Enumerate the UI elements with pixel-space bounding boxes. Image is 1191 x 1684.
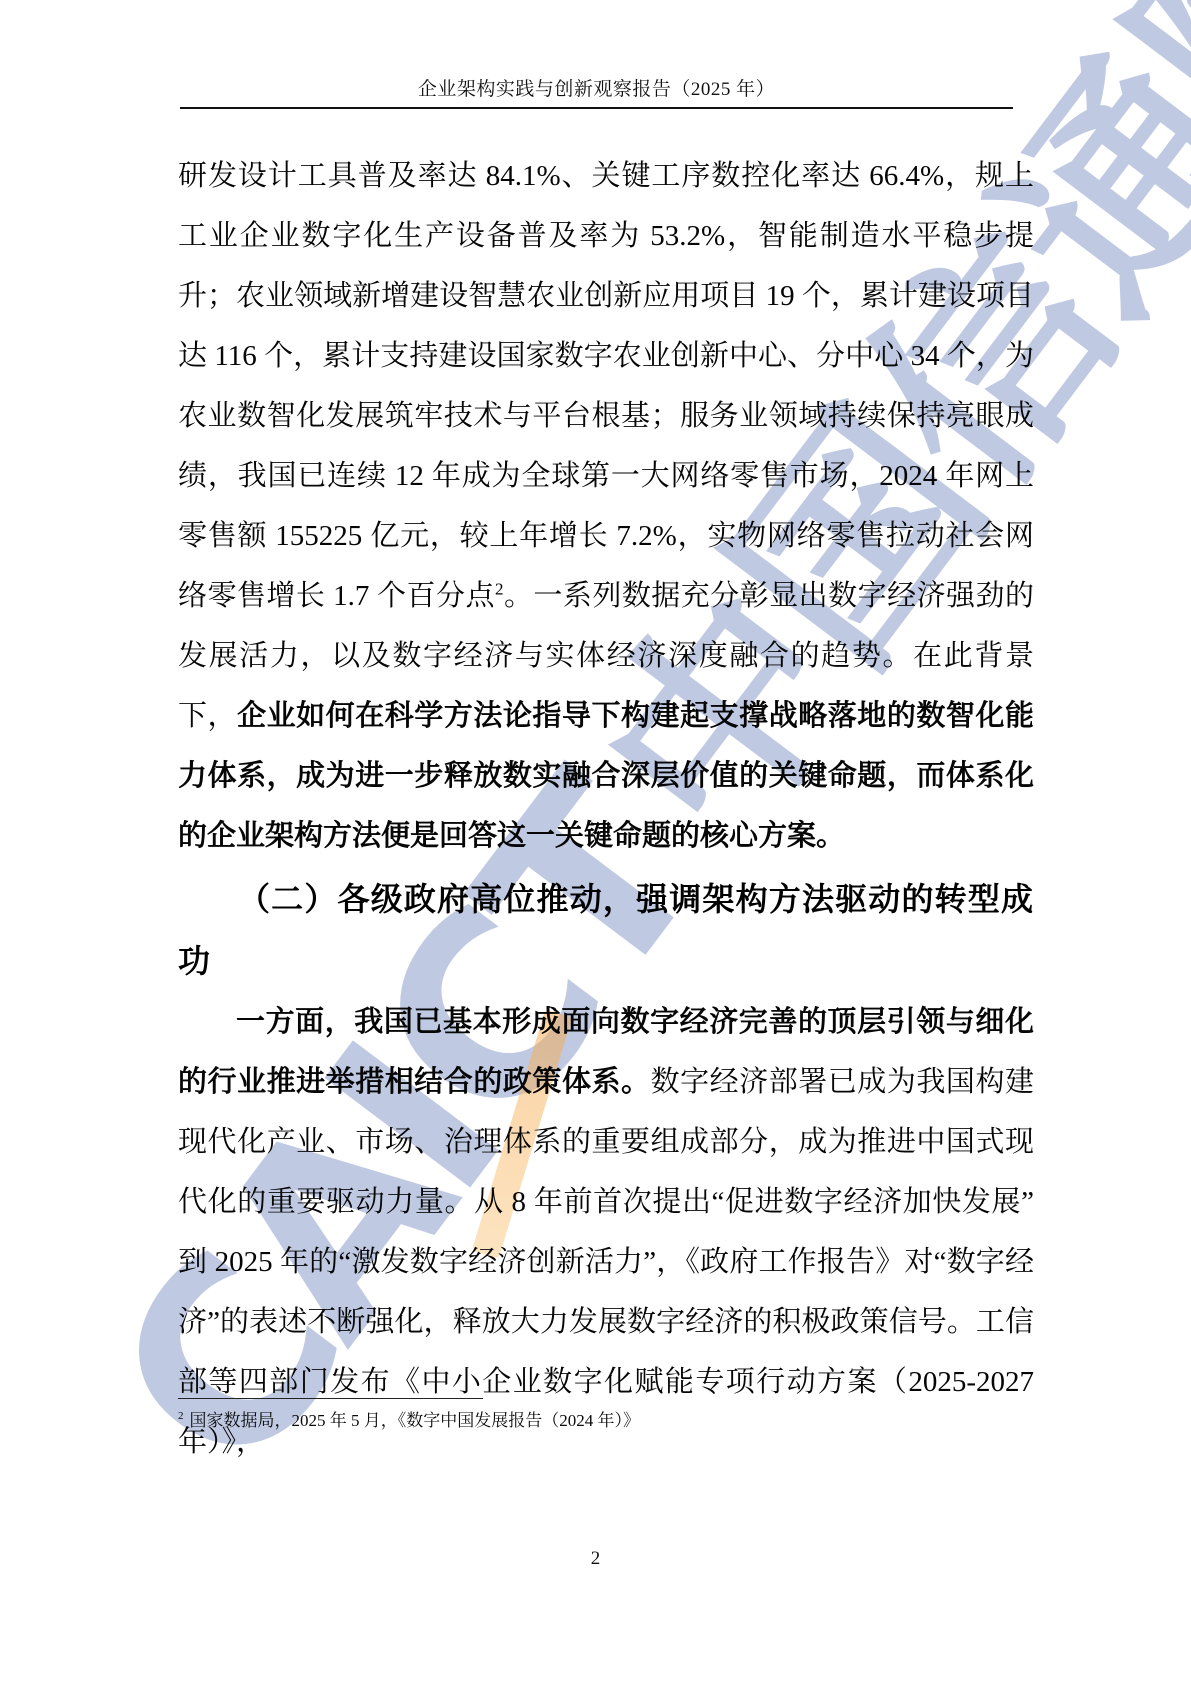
section-heading-2: （二）各级政府高位推动，强调架构方法驱动的转型成功 bbox=[178, 868, 1034, 992]
document-page: CAICT中国信通院 企业架构实践与创新观察报告（2025 年） 研发设计工具普… bbox=[0, 0, 1191, 1684]
page-header-title: 企业架构实践与创新观察报告（2025 年） bbox=[180, 74, 1013, 101]
footnote-marker: 2 bbox=[178, 1410, 184, 1422]
page-number: 2 bbox=[0, 1548, 1191, 1570]
page-header: 企业架构实践与创新观察报告（2025 年） bbox=[180, 74, 1013, 109]
document-body: 研发设计工具普及率达 84.1%、关键工序数控化率达 66.4%，规上工业企业数… bbox=[178, 146, 1034, 1472]
footnote-separator bbox=[178, 1398, 483, 1399]
para1-run-normal-1: 研发设计工具普及率达 84.1%、关键工序数控化率达 66.4%，规上工业企业数… bbox=[178, 160, 1034, 612]
footnote-text: 国家数据局，2025 年 5 月，《数字中国发展报告（2024 年）》 bbox=[190, 1411, 641, 1430]
header-rule bbox=[180, 107, 1013, 109]
footnote: 2国家数据局，2025 年 5 月，《数字中国发展报告（2024 年）》 bbox=[178, 1408, 1034, 1434]
para1-run-bold: 企业如何在科学方法论指导下构建起支撑战略落地的数智化能力体系，成为进一步释放数实… bbox=[178, 700, 1034, 852]
paragraph-digital-economy-stats: 研发设计工具普及率达 84.1%、关键工序数控化率达 66.4%，规上工业企业数… bbox=[178, 146, 1034, 866]
footnote-area: 2国家数据局，2025 年 5 月，《数字中国发展报告（2024 年）》 bbox=[178, 1398, 1034, 1434]
